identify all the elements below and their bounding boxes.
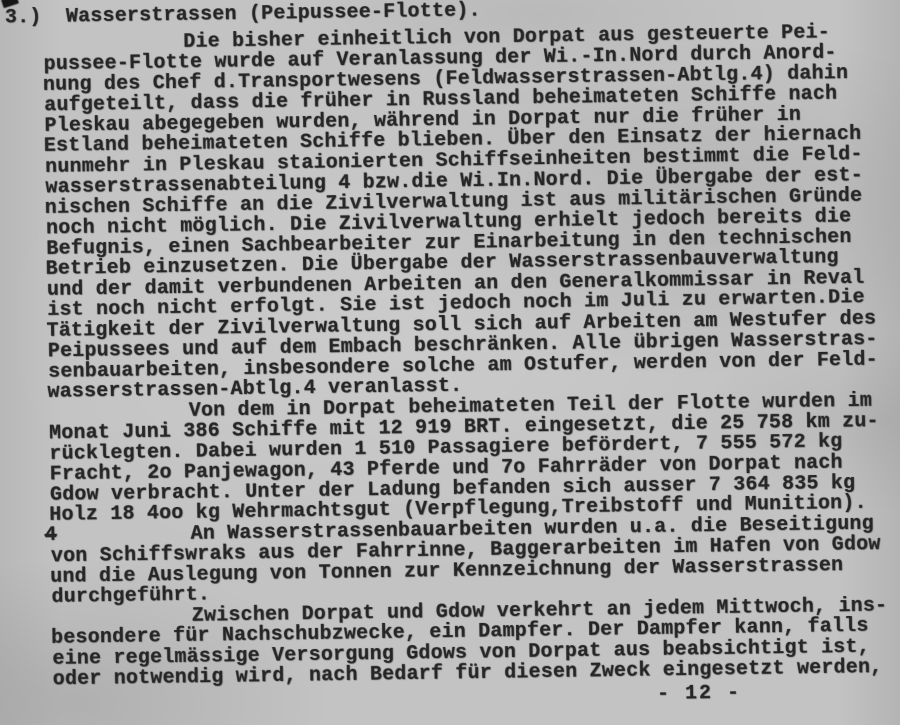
scanned-document-page: 3.) Wasserstrassen (Peipussee-Flotte). D… xyxy=(0,0,900,725)
page-number: - 12 - xyxy=(657,684,741,706)
margin-note-struck-4: 4 xyxy=(44,526,57,547)
document-body: Die bisher einheitlich von Dorpat aus ge… xyxy=(43,22,900,691)
document-sheet: 3.) Wasserstrassen (Peipussee-Flotte). D… xyxy=(0,0,900,725)
